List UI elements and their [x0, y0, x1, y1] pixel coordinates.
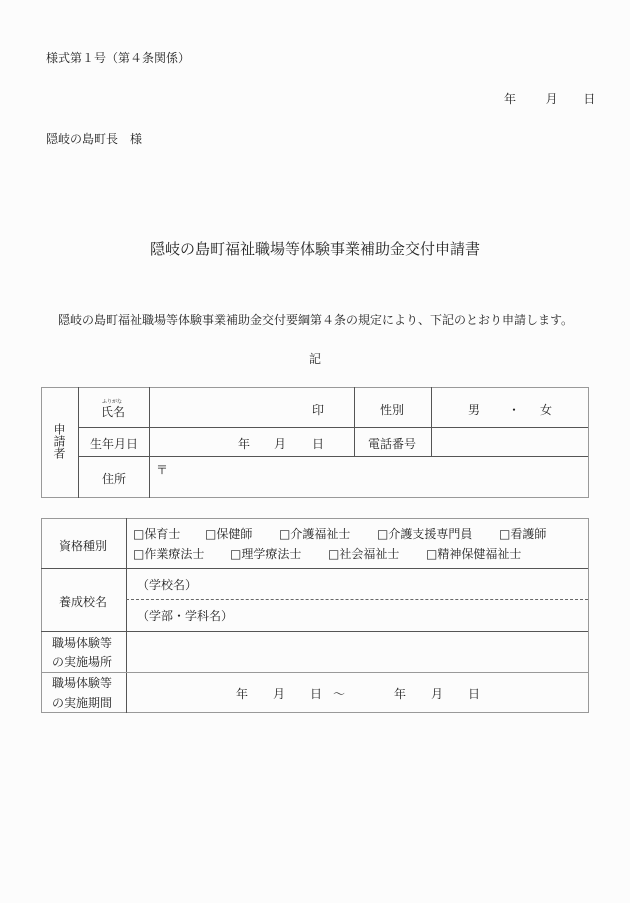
- date-month-label: 月: [546, 90, 558, 107]
- option-label: 介護福祉士: [290, 527, 350, 541]
- checkbox-icon[interactable]: □: [377, 527, 388, 541]
- option-label: 看護師: [510, 527, 546, 541]
- gender-option-male[interactable]: 男: [468, 401, 480, 418]
- option-label: 理学療法士: [241, 547, 301, 561]
- gender-label: 性別: [380, 401, 404, 418]
- address-label: 住所: [102, 470, 126, 487]
- checkbox-icon[interactable]: □: [328, 547, 339, 561]
- option-shakai-fukushishi[interactable]: □社会福祉士: [328, 545, 399, 562]
- submission-date: 年 月 日: [504, 90, 595, 107]
- application-statement: 隠岐の島町福祉職場等体験事業補助金交付要綱第４条の規定により、下記のとおり申請し…: [58, 311, 573, 328]
- gender-option-female[interactable]: 女: [540, 401, 552, 418]
- option-rigaku-ryohoshi[interactable]: □理学療法士: [230, 545, 301, 562]
- period-label-line2: の実施期間: [52, 694, 112, 711]
- option-label: 精神保健福祉士: [437, 547, 521, 561]
- period-field[interactable]: 年 月 日 ～ 年 月 日: [127, 674, 588, 712]
- location-field[interactable]: [127, 632, 588, 671]
- option-kaigo-shien-senmonin[interactable]: □介護支援専門員: [377, 525, 472, 542]
- start-day-label: 日: [310, 685, 322, 702]
- divider: [354, 387, 355, 456]
- addressee: 隠岐の島町長 様: [46, 130, 142, 147]
- period-tilde: ～: [333, 685, 345, 702]
- option-sagyo-ryohoshi[interactable]: □作業療法士: [133, 545, 204, 562]
- option-hoikushi[interactable]: □保育士: [133, 525, 180, 542]
- department-hint: （学部・学科名）: [137, 607, 233, 624]
- department-field[interactable]: （学部・学科名）: [127, 600, 588, 630]
- location-label-line1: 職場体験等: [52, 634, 112, 651]
- checkbox-icon[interactable]: □: [230, 547, 241, 561]
- checkbox-icon[interactable]: □: [133, 527, 144, 541]
- postal-mark: 〒: [156, 461, 168, 478]
- option-seishin-hoken-fukushishi[interactable]: □精神保健福祉士: [426, 545, 521, 562]
- form-number: 様式第１号（第４条関係）: [46, 49, 190, 66]
- applicant-group-label: 申請者: [53, 423, 65, 459]
- birthdate-field[interactable]: 年 月 日: [150, 428, 353, 455]
- date-day-label: 日: [583, 90, 595, 107]
- date-year-label: 年: [504, 90, 516, 107]
- birth-year-label: 年: [238, 435, 250, 452]
- option-label: 介護支援専門員: [388, 527, 472, 541]
- option-label: 社会福祉士: [339, 547, 399, 561]
- location-label-line2: の実施場所: [52, 653, 112, 670]
- gender-field[interactable]: 男 ・ 女: [432, 388, 588, 426]
- birth-month-label: 月: [274, 435, 286, 452]
- start-month-label: 月: [273, 685, 285, 702]
- period-label-line1: 職場体験等: [52, 674, 112, 691]
- school-name-field[interactable]: （学校名）: [127, 569, 588, 598]
- address-field[interactable]: 〒: [150, 457, 588, 497]
- phone-label: 電話番号: [368, 435, 416, 452]
- school-name-hint: （学校名）: [137, 576, 197, 593]
- checkbox-icon[interactable]: □: [133, 547, 144, 561]
- seal-mark: 印: [312, 401, 324, 418]
- option-label: 保健師: [216, 527, 252, 541]
- document-title: 隠岐の島町福祉職場等体験事業補助金交付申請書: [0, 238, 630, 259]
- birthdate-label: 生年月日: [90, 435, 138, 452]
- divider: [78, 387, 79, 498]
- phone-field[interactable]: [432, 428, 588, 455]
- option-kangoshi[interactable]: □看護師: [499, 525, 546, 542]
- option-label: 保育士: [144, 527, 180, 541]
- end-day-label: 日: [468, 685, 480, 702]
- end-year-label: 年: [394, 685, 406, 702]
- option-hokenshi[interactable]: □保健師: [205, 525, 252, 542]
- gender-separator: ・: [508, 401, 520, 418]
- end-month-label: 月: [431, 685, 443, 702]
- option-label: 作業療法士: [144, 547, 204, 561]
- option-kaigo-fukushishi[interactable]: □介護福祉士: [279, 525, 350, 542]
- ki-label: 記: [0, 350, 630, 367]
- start-year-label: 年: [236, 685, 248, 702]
- checkbox-icon[interactable]: □: [426, 547, 437, 561]
- checkbox-icon[interactable]: □: [205, 527, 216, 541]
- qualification-label: 資格種別: [59, 537, 107, 554]
- checkbox-icon[interactable]: □: [499, 527, 510, 541]
- birth-day-label: 日: [312, 435, 324, 452]
- checkbox-icon[interactable]: □: [279, 527, 290, 541]
- divider: [41, 672, 588, 673]
- name-label: 氏名: [101, 403, 125, 420]
- school-label: 養成校名: [59, 593, 107, 610]
